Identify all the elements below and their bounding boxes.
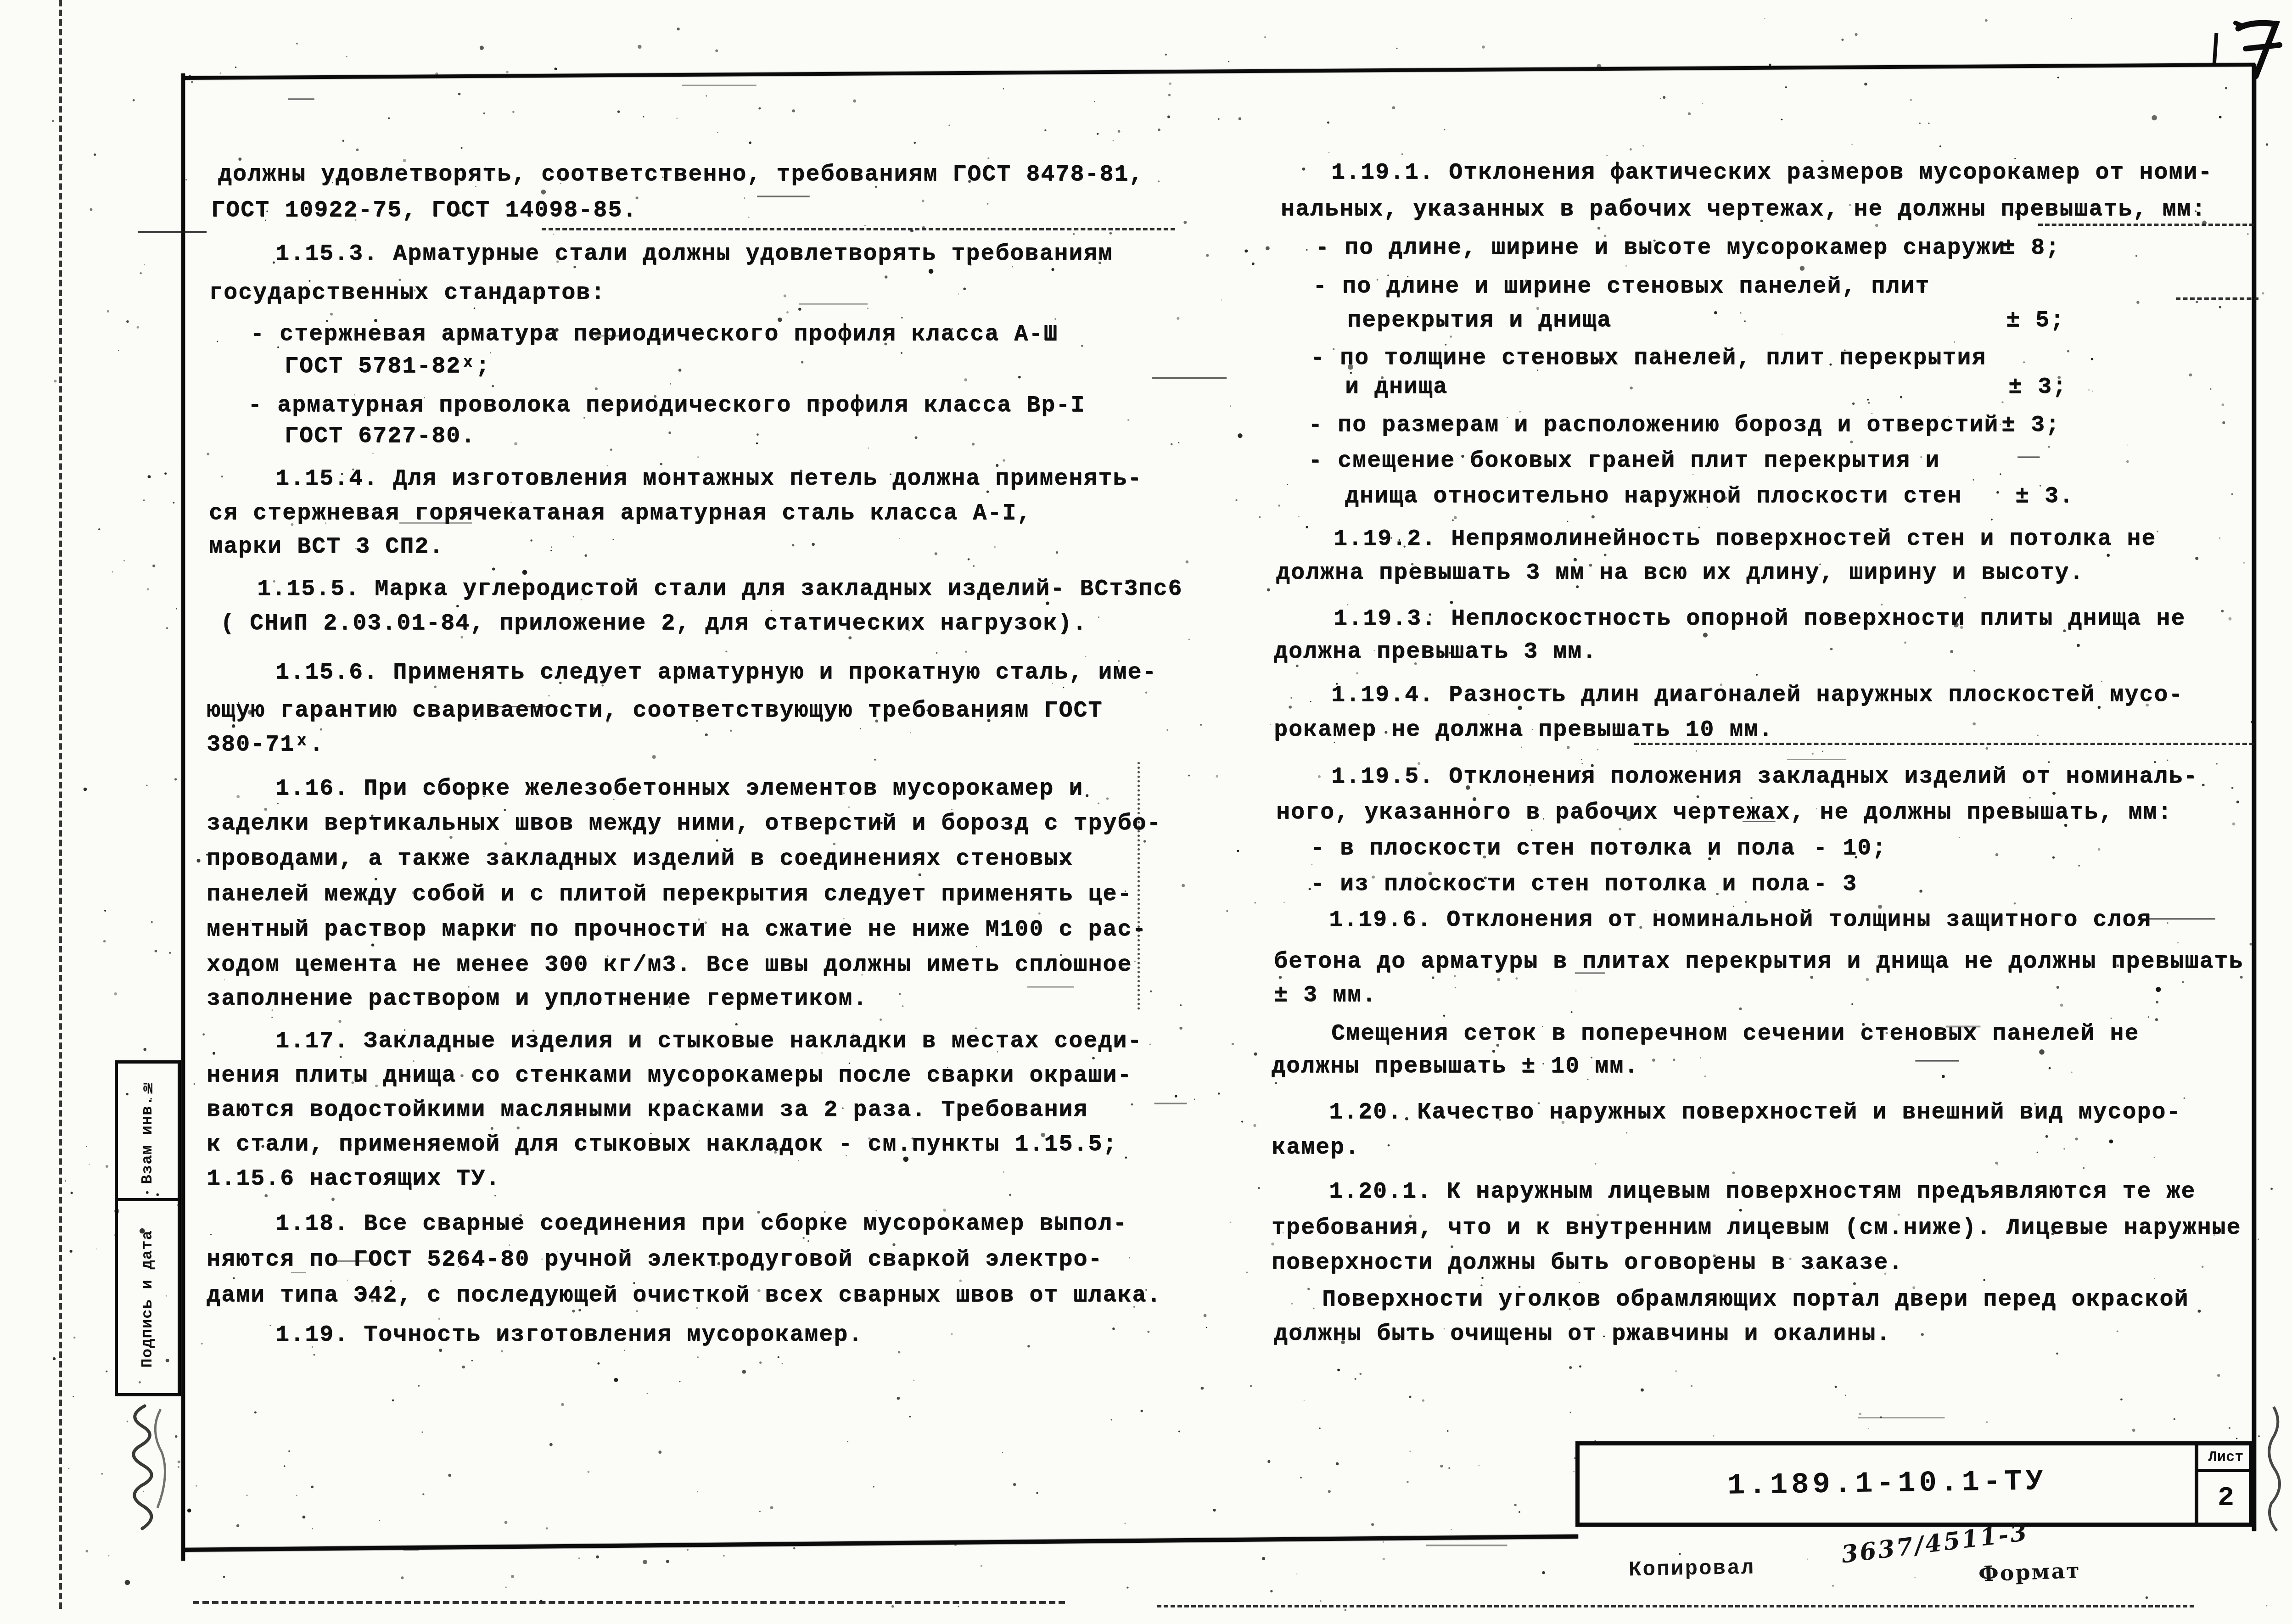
document-number: 1.189.1-10.1-ТУ (1579, 1441, 2195, 1527)
underline-artifact (2176, 297, 2258, 300)
stamp-cell-podpis-data: Подпись и дата (118, 1204, 178, 1393)
sheet-edge-artifact (1157, 1605, 2194, 1607)
underline-artifact (1634, 743, 2254, 745)
sheet-number-box: Лист 2 (2195, 1445, 2253, 1523)
handwritten-scribble (117, 1402, 186, 1535)
sidebar-stamp-column: Взам инв.№ Подпись и дата (115, 1060, 181, 1396)
underline-artifact (2038, 224, 2254, 226)
title-block: 1.189.1-10.1-ТУ Лист 2 (1575, 1441, 2253, 1527)
stamp-label: Подпись и дата (139, 1230, 157, 1368)
copied-label: Копировал (1629, 1556, 1755, 1582)
crease-line-artifact (1138, 762, 1140, 1010)
page-number-handwritten: 7 (2232, 13, 2292, 82)
stamp-label: Взам инв.№ (139, 1078, 157, 1184)
stamp-cell-vzam-inv: Взам инв.№ (118, 1064, 178, 1201)
sheet-number: 2 (2198, 1475, 2253, 1521)
sheet-frame-right (2252, 64, 2256, 1531)
sheet-frame-left (181, 73, 185, 1561)
sheet-label: Лист (2198, 1445, 2253, 1472)
document-page: 7 должны удовлетворять, соответственно, … (0, 0, 2292, 1624)
scan-noise-canvas (0, 0, 2292, 1624)
scan-edge-line (59, 0, 65, 1609)
format-label: Формат (1978, 1558, 2081, 1586)
margin-scribble (2262, 1405, 2290, 1533)
underline-artifact (138, 231, 207, 233)
underline-artifact (542, 228, 1175, 230)
sheet-edge-artifact (193, 1601, 1065, 1604)
